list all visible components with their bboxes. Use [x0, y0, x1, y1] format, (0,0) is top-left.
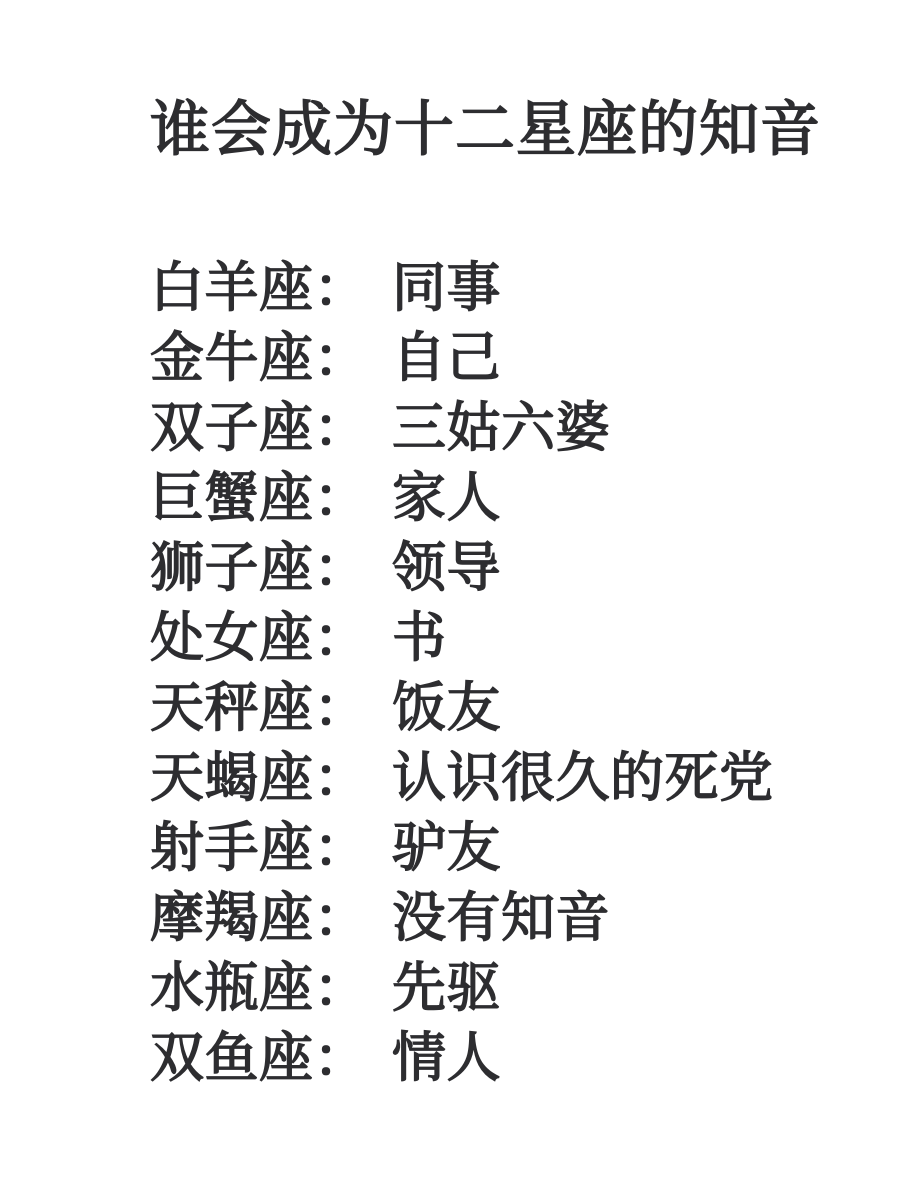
- colon-separator: ：: [314, 818, 369, 878]
- colon-separator: ：: [314, 538, 369, 598]
- page-title: 谁会成为十二星座的知音: [150, 96, 875, 163]
- zodiac-sign-label: 白羊座: [150, 258, 314, 318]
- list-item: 水瓶座：先驱: [150, 953, 875, 1023]
- zodiac-value: 书: [392, 608, 447, 668]
- list-item: 巨蟹座：家人: [150, 463, 875, 533]
- colon-separator: ：: [314, 888, 369, 948]
- zodiac-sign-label: 狮子座: [150, 538, 314, 598]
- zodiac-confidant-page: 谁会成为十二星座的知音 白羊座：同事金牛座：自己双子座：三姑六婆巨蟹座：家人狮子…: [0, 0, 915, 1200]
- zodiac-sign-label: 处女座: [150, 608, 314, 668]
- zodiac-sign-label: 射手座: [150, 818, 314, 878]
- list-item: 双鱼座：情人: [150, 1023, 875, 1093]
- colon-separator: ：: [314, 468, 369, 528]
- zodiac-value: 情人: [392, 1028, 501, 1088]
- list-item: 摩羯座：没有知音: [150, 883, 875, 953]
- list-item: 金牛座：自己: [150, 323, 875, 393]
- list-item: 狮子座：领导: [150, 533, 875, 603]
- list-item: 白羊座：同事: [150, 253, 875, 323]
- zodiac-value: 家人: [392, 468, 501, 528]
- zodiac-sign-label: 巨蟹座: [150, 468, 314, 528]
- zodiac-sign-label: 金牛座: [150, 328, 314, 388]
- list-item: 天蝎座：认识很久的死党: [150, 743, 875, 813]
- zodiac-sign-label: 双子座: [150, 398, 314, 458]
- colon-separator: ：: [314, 1028, 369, 1088]
- list-item: 处女座：书: [150, 603, 875, 673]
- zodiac-value: 驴友: [392, 818, 501, 878]
- zodiac-value: 认识很久的死党: [392, 748, 774, 808]
- zodiac-value: 三姑六婆: [392, 398, 610, 458]
- zodiac-value: 饭友: [392, 678, 501, 738]
- colon-separator: ：: [314, 958, 369, 1018]
- list-item: 天秤座：饭友: [150, 673, 875, 743]
- zodiac-value: 没有知音: [392, 888, 610, 948]
- colon-separator: ：: [314, 678, 369, 738]
- colon-separator: ：: [314, 398, 369, 458]
- zodiac-sign-label: 水瓶座: [150, 958, 314, 1018]
- colon-separator: ：: [314, 748, 369, 808]
- list-item: 射手座：驴友: [150, 813, 875, 883]
- zodiac-value: 自己: [392, 328, 501, 388]
- list-item: 双子座：三姑六婆: [150, 393, 875, 463]
- colon-separator: ：: [314, 328, 369, 388]
- zodiac-list: 白羊座：同事金牛座：自己双子座：三姑六婆巨蟹座：家人狮子座：领导处女座：书天秤座…: [150, 253, 875, 1093]
- colon-separator: ：: [314, 258, 369, 318]
- zodiac-sign-label: 摩羯座: [150, 888, 314, 948]
- colon-separator: ：: [314, 608, 369, 668]
- zodiac-value: 同事: [392, 258, 501, 318]
- zodiac-sign-label: 双鱼座: [150, 1028, 314, 1088]
- zodiac-value: 先驱: [392, 958, 501, 1018]
- zodiac-sign-label: 天秤座: [150, 678, 314, 738]
- zodiac-sign-label: 天蝎座: [150, 748, 314, 808]
- zodiac-value: 领导: [392, 538, 501, 598]
